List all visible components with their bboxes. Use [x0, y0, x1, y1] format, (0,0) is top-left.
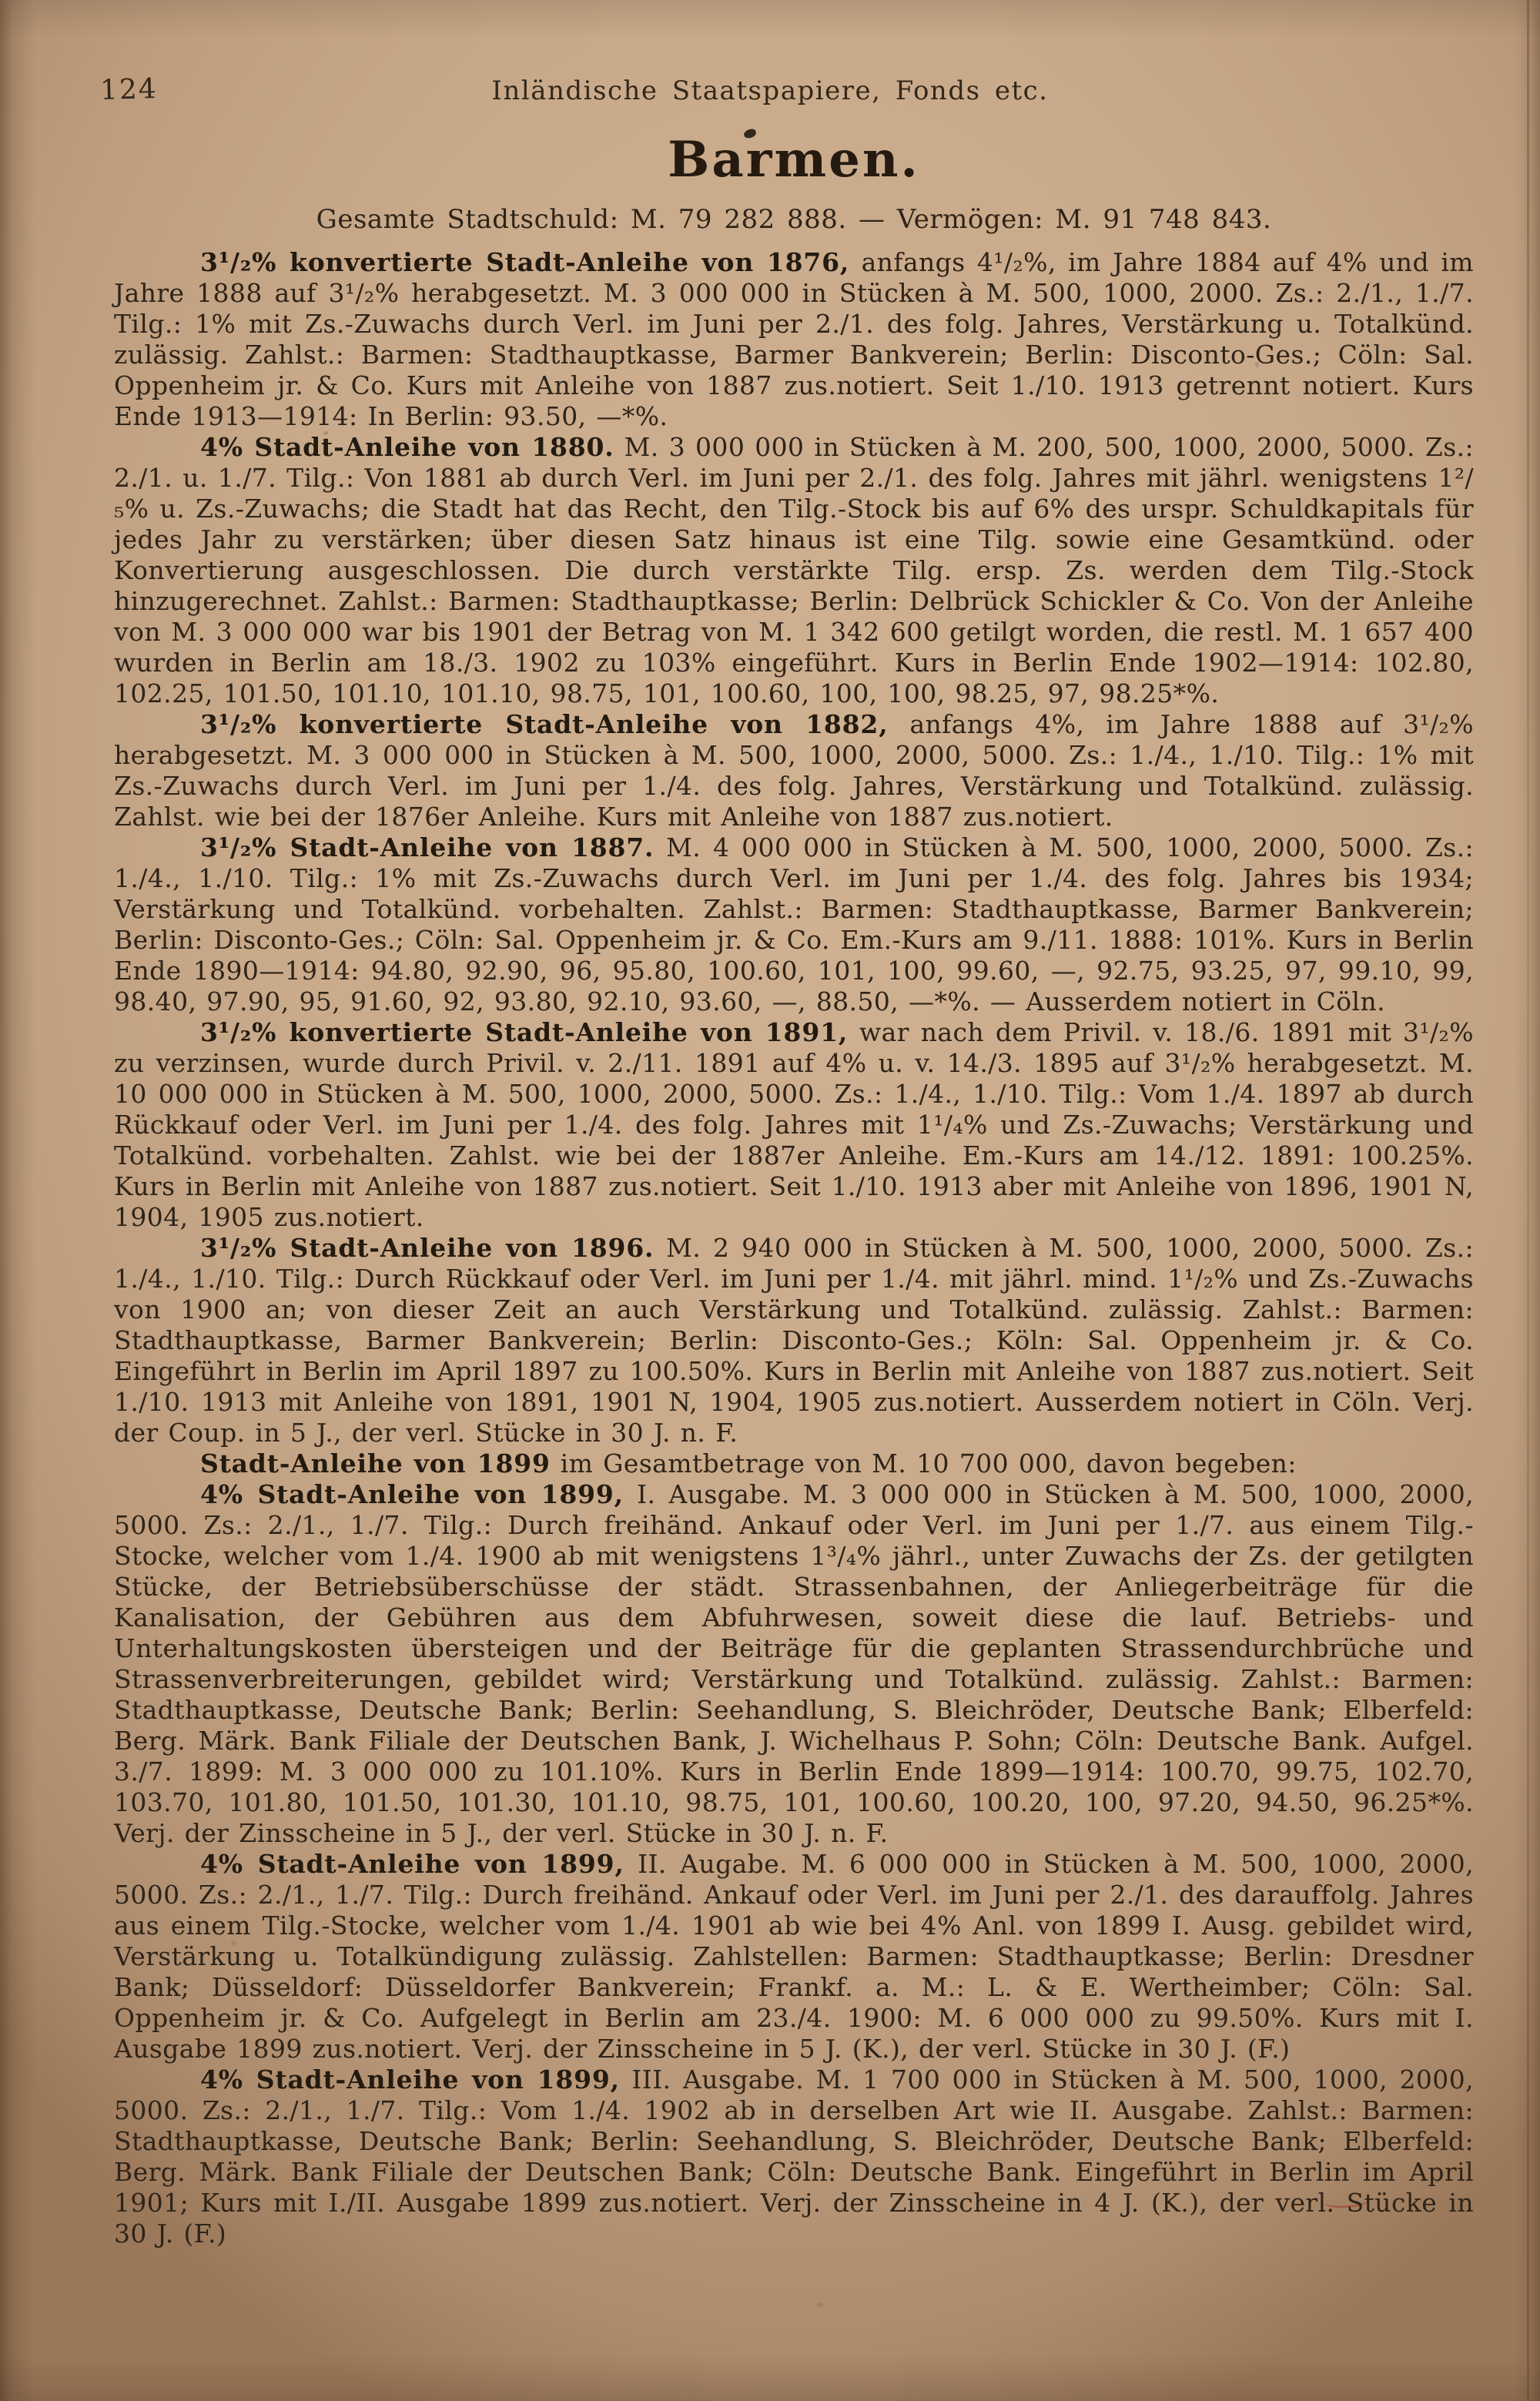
bond-entry-text: M. 3 000 000 in Stücken à M. 200, 500, 1… — [114, 432, 1474, 708]
bond-entry: 3¹/₂% Stadt-Anleihe von 1896. M. 2 940 0… — [114, 1233, 1474, 1448]
city-title: Barmen. — [114, 131, 1474, 189]
bond-entry-lead: 3¹/₂% Stadt-Anleihe von 1887. — [200, 832, 654, 862]
bond-entry-lead: 4% Stadt-Anleihe von 1880. — [200, 432, 614, 462]
running-header-title: Inländische Staatspapiere, Fonds etc. — [0, 75, 1540, 106]
bond-entry-lead: 4% Stadt-Anleihe von 1899, — [200, 2064, 620, 2095]
bond-entry-text: II. Augabe. M. 6 000 000 in Stücken à M.… — [114, 1849, 1474, 2064]
debt-summary-line: Gesamte Stadtschuld: M. 79 282 888. — Ve… — [114, 204, 1474, 235]
bond-entry-lead: 3¹/₂% konvertierte Stadt-Anleihe von 187… — [200, 247, 849, 277]
bond-entry-text: im Gesamtbetrage von M. 10 700 000, davo… — [551, 1448, 1297, 1478]
bond-entry-lead: 3¹/₂% konvertierte Stadt-Anleihe von 189… — [200, 1017, 848, 1047]
page-content: Barmen. Gesamte Stadtschuld: M. 79 282 8… — [114, 131, 1474, 2249]
paper-fleck — [816, 2302, 823, 2308]
bond-entry: 4% Stadt-Anleihe von 1899, II. Augabe. M… — [114, 1849, 1474, 2064]
bond-entries: 3¹/₂% konvertierte Stadt-Anleihe von 187… — [114, 247, 1474, 2249]
bond-entry: 4% Stadt-Anleihe von 1880. M. 3 000 000 … — [114, 432, 1474, 709]
bond-entry-text: I. Ausgabe. M. 3 000 000 in Stücken à M.… — [114, 1479, 1474, 1848]
bond-entry: 3¹/₂% konvertierte Stadt-Anleihe von 187… — [114, 247, 1474, 432]
bond-entry: 3¹/₂% konvertierte Stadt-Anleihe von 188… — [114, 709, 1474, 832]
bond-entry-lead: 3¹/₂% konvertierte Stadt-Anleihe von 188… — [200, 709, 889, 739]
bond-entry-text: war nach dem Privil. v. 18./6. 1891 mit … — [114, 1017, 1474, 1232]
bond-entry-lead: 4% Stadt-Anleihe von 1899, — [200, 1849, 624, 1879]
book-page-scan: 124 Inländische Staatspapiere, Fonds etc… — [0, 0, 1540, 2401]
bond-entry-lead: Stadt-Anleihe von 1899 — [200, 1448, 551, 1478]
bond-entry: Stadt-Anleihe von 1899 im Gesamtbetrage … — [114, 1448, 1474, 1479]
bond-entry-lead: 3¹/₂% Stadt-Anleihe von 1896. — [200, 1233, 654, 1263]
bond-entry: 3¹/₂% konvertierte Stadt-Anleihe von 189… — [114, 1017, 1474, 1233]
bond-entry: 4% Stadt-Anleihe von 1899, III. Ausgabe.… — [114, 2064, 1474, 2249]
bond-entry-text: M. 2 940 000 in Stücken à M. 500, 1000, … — [114, 1233, 1474, 1448]
bond-entry: 4% Stadt-Anleihe von 1899, I. Ausgabe. M… — [114, 1479, 1474, 1849]
running-header: 124 Inländische Staatspapiere, Fonds etc… — [0, 74, 1540, 109]
bond-entry-lead: 4% Stadt-Anleihe von 1899, — [200, 1479, 624, 1509]
bond-entry: 3¹/₂% Stadt-Anleihe von 1887. M. 4 000 0… — [114, 832, 1474, 1017]
